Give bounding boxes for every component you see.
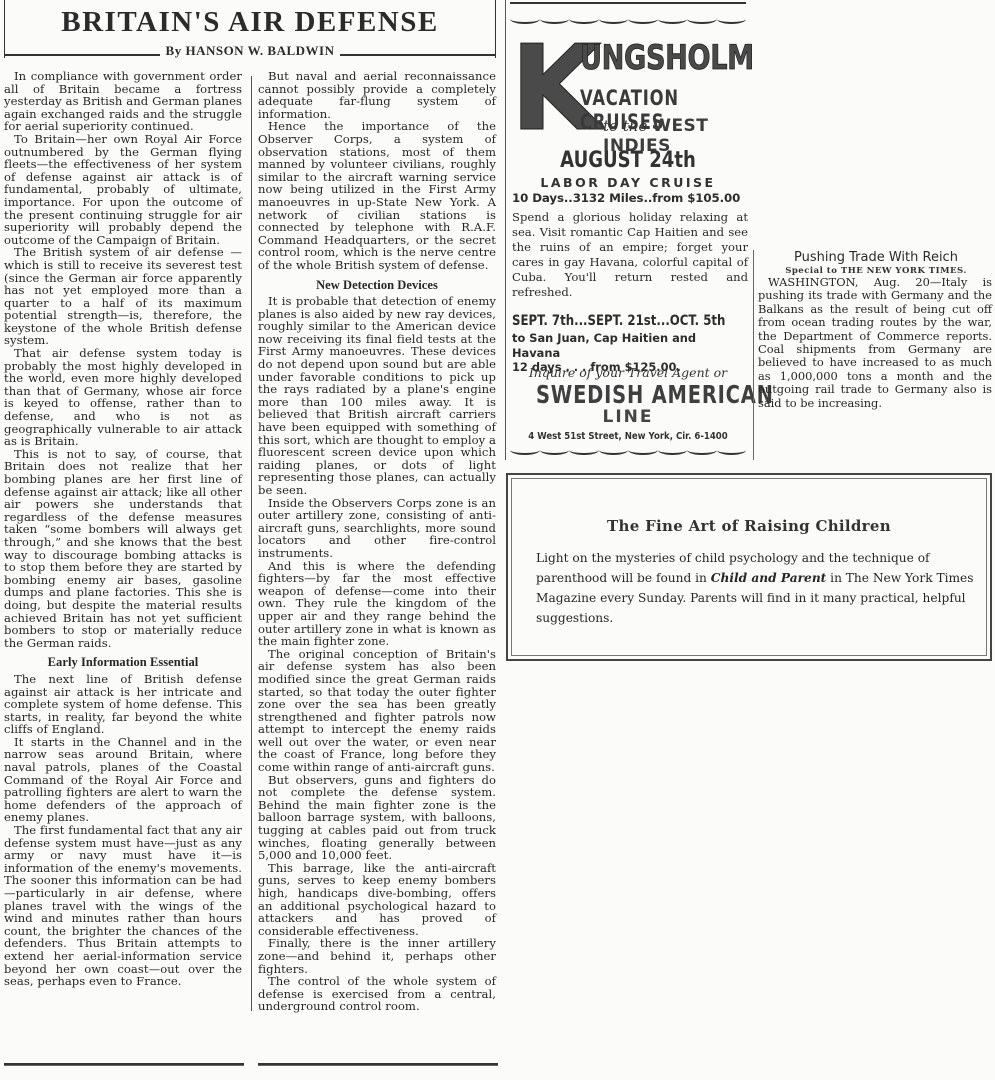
article-paragraph: This is not to say, of course, that Brit… [4, 448, 242, 650]
ship-name: UNGSHOLM [580, 38, 754, 78]
inquire-line: Inquire of your Travel Agent or [506, 365, 750, 380]
section-subhead: New Detection Devices [258, 279, 496, 292]
sept-dates: SEPT. 7th...SEPT. 21st...OCT. 5th [512, 313, 725, 329]
promo-body: Light on the mysteries of child psycholo… [536, 548, 976, 628]
byline: By HANSON W. BALDWIN [160, 43, 341, 59]
column-divider [251, 76, 252, 1011]
byline-rule-left [5, 54, 160, 56]
article-paragraph: The British system of air defense —which… [4, 246, 242, 347]
kungsholm-advertisement: K UNGSHOLM VACATION CRUISES to the WEST … [505, 0, 749, 460]
article-paragraph: Inside the Observers Corps zone is an ou… [258, 497, 496, 560]
byline-row: By HANSON W. BALDWIN [5, 42, 495, 60]
article-column-right: But naval and aerial reconnaissance cann… [258, 70, 496, 1013]
brief-title: Pushing Trade With Reich [760, 250, 992, 265]
section-subhead: Early Information Essential [4, 656, 242, 669]
article: BRITAIN'S AIR DEFENSE By HANSON W. BALDW… [4, 0, 496, 1076]
article-paragraph: But naval and aerial reconnaissance cann… [258, 70, 496, 120]
trade-brief: Pushing Trade With Reich Special to THE … [752, 250, 992, 410]
brief-body: WASHINGTON, Aug. 20—Italy is pushing its… [758, 276, 992, 410]
ad-body: Spend a glorious holiday relaxing at sea… [512, 210, 748, 300]
article-paragraph: Finally, there is the inner artillery zo… [258, 937, 496, 975]
company-name-wrap: SWEDISH AMERICAN [506, 380, 750, 409]
raising-children-promo: The Fine Art of Raising Children Light o… [506, 473, 992, 661]
article-paragraph: To Britain—her own Royal Air Force outnu… [4, 133, 242, 246]
big-k-letter: K [510, 38, 580, 138]
article-paragraph: It starts in the Channel and in the narr… [4, 736, 242, 824]
article-column-left: In compliance with government order all … [4, 70, 242, 988]
brief-paragraph: WASHINGTON, Aug. 20—Italy is pushing its… [758, 276, 992, 410]
column-end-rule-left [4, 1063, 244, 1066]
article-paragraph: This barrage, like the anti-aircraft gun… [258, 862, 496, 938]
ad-top-rule [510, 2, 746, 4]
labor-day-cruise: LABOR DAY CRUISE [506, 175, 750, 190]
article-paragraph: It is probable that detection of enemy p… [258, 295, 496, 497]
article-paragraph: The next line of British defense against… [4, 673, 242, 736]
company-address: 4 West 51st Street, New York, Cir. 6-140… [518, 431, 738, 442]
route: to San Juan, Cap Haitien and Havana [512, 331, 748, 360]
trip-summary: 10 Days..3132 Miles..from $105.00 [512, 191, 740, 205]
promo-section-name: Child and Parent [711, 571, 827, 585]
article-paragraph: Hence the importance of the Observer Cor… [258, 120, 496, 271]
article-paragraph: The control of the whole system of defen… [258, 975, 496, 1013]
byline-rule-right [340, 54, 495, 56]
article-paragraph: In compliance with government order all … [4, 70, 242, 133]
headline-box: BRITAIN'S AIR DEFENSE By HANSON W. BALDW… [4, 0, 496, 58]
to-the-text: to the [603, 117, 647, 135]
article-paragraph: And this is where the defending fighters… [258, 560, 496, 648]
headline: BRITAIN'S AIR DEFENSE [5, 6, 495, 39]
company-line: LINE [506, 407, 750, 427]
company-name: SWEDISH AMERICAN [536, 380, 720, 409]
column-end-rule-right [258, 1063, 498, 1066]
cruise-date: AUGUST 24th [528, 148, 728, 173]
article-paragraph: The original conception of Britain's air… [258, 648, 496, 774]
article-paragraph: But observers, guns and fighters do not … [258, 774, 496, 862]
article-paragraph: The first fundamental fact that any air … [4, 824, 242, 988]
scallop-border-bottom [510, 445, 746, 455]
article-paragraph: That air defense system today is probabl… [4, 347, 242, 448]
promo-title: The Fine Art of Raising Children [508, 517, 990, 535]
